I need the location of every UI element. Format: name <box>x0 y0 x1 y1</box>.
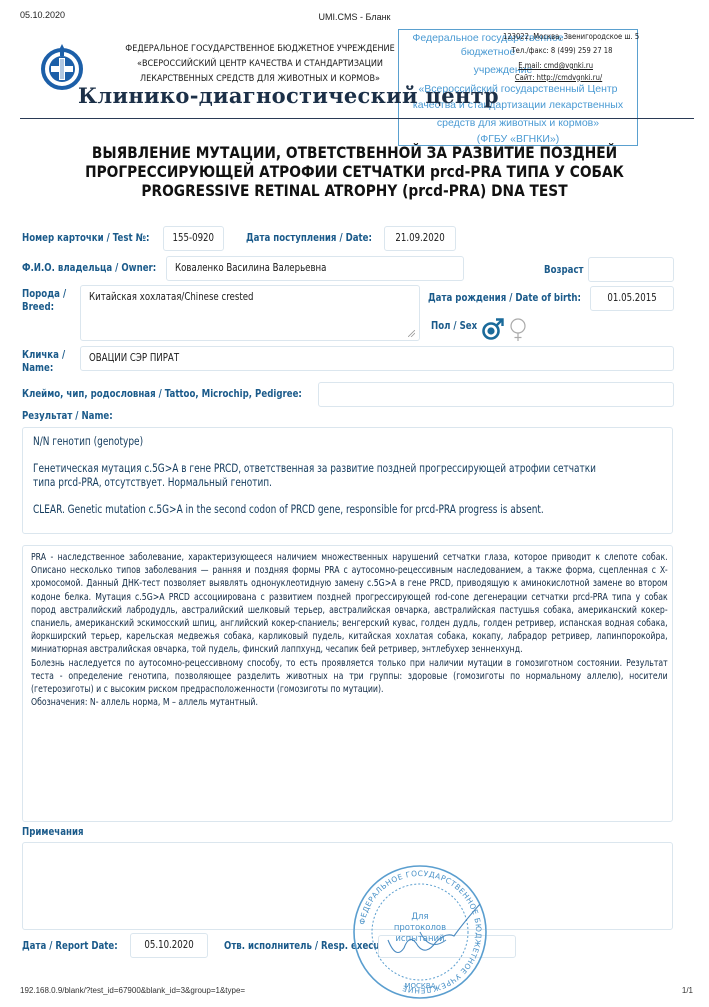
date-of-birth-value: 01.05.2015 <box>607 287 656 310</box>
breed-value: Китайская хохлатая/Chinese crested <box>89 291 253 303</box>
description-paragraph: Болезнь наследуется по аутосомно-рецесси… <box>31 657 668 697</box>
owner-label: Ф.И.О. владельца / Owner: <box>22 262 156 275</box>
description-paragraph: PRA - наследственное заболевание, характ… <box>31 551 668 657</box>
date-received-field[interactable]: 21.09.2020 <box>384 226 456 251</box>
result-label: Результат / Name: <box>22 410 113 423</box>
pet-name-field[interactable]: ОВАЦИИ СЭР ПИРАТ <box>80 346 674 371</box>
result-ru-text: типа prcd-PRA, отсутствует. Нормальный г… <box>33 475 272 489</box>
description-textarea[interactable]: PRA - наследственное заболевание, характ… <box>22 545 673 822</box>
result-en-text: CLEAR. Genetic mutation c.5G>A in the se… <box>33 502 544 516</box>
contact-site-link[interactable]: Сайт: http://cmdvgnki.ru/ <box>503 72 639 84</box>
owner-field[interactable]: Коваленко Василина Валерьевна <box>166 256 464 281</box>
date-of-birth-field[interactable]: 01.05.2015 <box>590 286 674 311</box>
svg-text:испытаний: испытаний <box>395 934 444 944</box>
result-ru-text: Генетическая мутация c.5G>A в гене PRCD,… <box>33 461 596 475</box>
test-number-field[interactable]: 155-0920 <box>163 226 224 251</box>
test-number-label: Номер карточки / Test №: <box>22 232 149 245</box>
header-divider <box>20 118 694 119</box>
report-date-field[interactable]: 05.10.2020 <box>130 933 208 958</box>
svg-text:протоколов: протоколов <box>394 923 446 933</box>
breed-label-line: Порода / <box>22 288 66 301</box>
sex-selector <box>481 316 531 342</box>
result-textarea[interactable]: N/N генотип (genotype) Генетическая мута… <box>22 427 673 534</box>
microchip-field[interactable] <box>318 382 674 407</box>
date-received-label: Дата поступления / Date: <box>246 232 372 245</box>
contact-email-link[interactable]: E.mail: cmd@vgnki.ru <box>503 60 639 72</box>
center-title: Клинико-диагностический центр <box>78 83 499 108</box>
contact-phone: Тел./факс: 8 (499) 259 27 18 <box>503 45 639 57</box>
sex-label: Пол / Sex <box>431 320 477 333</box>
organization-name: ФЕДЕРАЛЬНОЕ ГОСУДАРСТВЕННОЕ БЮДЖЕТНОЕ УЧ… <box>125 42 395 87</box>
notes-textarea[interactable] <box>22 842 673 930</box>
org-name-line: «ВСЕРОССИЙСКИЙ ЦЕНТР КАЧЕСТВА И СТАНДАРТ… <box>125 57 395 72</box>
report-date-label: Дата / Report Date: <box>22 940 118 953</box>
print-page-number: 1/1 <box>682 986 693 995</box>
svg-text:МОСКВА: МОСКВА <box>405 982 436 990</box>
report-date-value: 05.10.2020 <box>144 934 193 957</box>
official-seal-icon: ФЕДЕРАЛЬНОЕ ГОСУДАРСТВЕННОЕ БЮДЖЕТНОЕ УЧ… <box>350 862 490 1002</box>
microchip-label: Клеймо, чип, родословная / Tattoo, Micro… <box>22 388 302 401</box>
notes-label: Примечания <box>22 826 84 839</box>
test-number-value: 155-0920 <box>173 227 214 250</box>
age-field[interactable] <box>588 257 674 282</box>
male-radio-icon[interactable] <box>481 316 507 342</box>
date-of-birth-label: Дата рождения / Date of birth: <box>428 292 581 305</box>
pet-name-label-line: Name: <box>22 362 65 375</box>
title-line: ПРОГРЕССИРУЮЩЕЙ АТРОФИИ СЕТЧАТКИ prcd-PR… <box>50 162 660 181</box>
result-genotype: N/N генотип (genotype) <box>33 434 143 448</box>
owner-value: Коваленко Василина Валерьевна <box>175 257 326 280</box>
title-line: ВЫЯВЛЕНИЕ МУТАЦИИ, ОТВЕТСТВЕННОЙ ЗА РАЗВ… <box>50 143 660 162</box>
title-line: PROGRESSIVE RETINAL ATROPHY (prcd-PRA) D… <box>50 181 660 200</box>
description-paragraph: Обозначения: N- аллель норма, M – аллель… <box>31 696 668 709</box>
date-received-value: 21.09.2020 <box>395 227 444 250</box>
resize-handle-icon[interactable] <box>408 330 415 337</box>
svg-text:Для: Для <box>411 912 428 922</box>
org-name-line: ФЕДЕРАЛЬНОЕ ГОСУДАРСТВЕННОЕ БЮДЖЕТНОЕ УЧ… <box>125 42 395 57</box>
print-page-title: UMI.CMS - Бланк <box>0 12 709 22</box>
print-url: 192.168.0.9/blank/?test_id=67900&blank_i… <box>20 986 245 995</box>
contact-info: 123022, Москва, Звенигородское ш. 5 Тел.… <box>503 31 639 83</box>
female-radio-icon[interactable] <box>509 316 529 342</box>
pet-name-label: Кличка / Name: <box>22 349 65 375</box>
document-title: ВЫЯВЛЕНИЕ МУТАЦИИ, ОТВЕТСТВЕННОЙ ЗА РАЗВ… <box>50 143 660 200</box>
breed-label: Порода / Breed: <box>22 288 66 314</box>
pet-name-label-line: Кличка / <box>22 349 65 362</box>
contact-address: 123022, Москва, Звенигородское ш. 5 <box>503 31 639 43</box>
age-label: Возраст <box>544 264 584 277</box>
pet-name-value: ОВАЦИИ СЭР ПИРАТ <box>89 347 179 370</box>
breed-textarea[interactable]: Китайская хохлатая/Chinese crested <box>80 285 420 341</box>
breed-label-line: Breed: <box>22 301 66 314</box>
